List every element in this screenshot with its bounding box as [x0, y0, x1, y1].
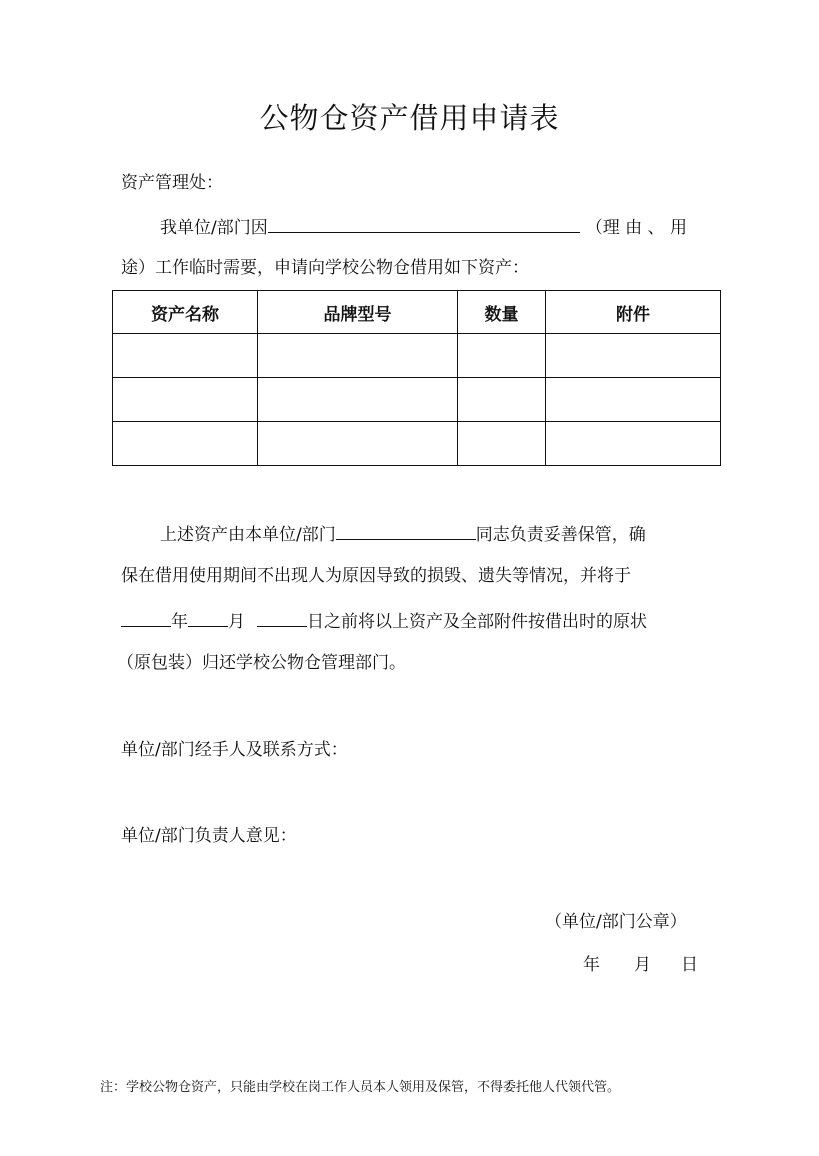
table-row [113, 378, 721, 422]
guarantee-line: 保在借用使用期间不出现人为原因导致的损毁、遗失等情况，并将于 [121, 565, 631, 587]
header-accessories: 附件 [546, 291, 721, 334]
cell-brand-model[interactable] [258, 422, 458, 466]
custodian-prefix: 上述资产由本单位/部门 [160, 525, 336, 545]
return-suffix: 日之前将以上资产及全部附件按借出时的原状 [307, 612, 647, 632]
return-dept-line: （原包装）归还学校公物仓管理部门。 [117, 652, 406, 674]
signature-date: 年月日 [583, 954, 698, 976]
custodian-suffix: 同志负责妥善保管，确 [476, 525, 646, 545]
cell-brand-model[interactable] [258, 334, 458, 378]
cell-accessories[interactable] [546, 378, 721, 422]
cell-quantity[interactable] [458, 378, 546, 422]
reason-line: 我单位/部门因（理 由 、 用 [160, 214, 687, 239]
footnote: 注：学校公物仓资产，只能由学校在岗工作人员本人领用及保管，不得委托他人代领代管。 [100, 1076, 620, 1095]
head-opinion-label: 单位/部门负责人意见： [121, 825, 297, 847]
addressee: 资产管理处： [121, 172, 223, 194]
return-day-blank[interactable] [257, 608, 307, 627]
table-row [113, 422, 721, 466]
return-year-label: 年 [171, 612, 188, 632]
purpose-line: 途）工作临时需要，申请向学校公物仓借用如下资产： [121, 257, 529, 279]
return-month-blank[interactable] [188, 608, 228, 627]
return-month-label: 月 [228, 612, 245, 632]
cell-asset-name[interactable] [113, 334, 258, 378]
cell-quantity[interactable] [458, 334, 546, 378]
date-year: 年 [583, 955, 600, 975]
table-row [113, 334, 721, 378]
department-seal: （单位/部门公章） [545, 911, 687, 933]
reason-suffix: （理 由 、 用 [586, 218, 687, 238]
cell-accessories[interactable] [546, 422, 721, 466]
date-day: 日 [681, 955, 698, 975]
reason-blank[interactable] [268, 214, 580, 233]
return-date-line: 年月日之前将以上资产及全部附件按借出时的原状 [121, 608, 647, 633]
date-month: 月 [634, 955, 651, 975]
cell-accessories[interactable] [546, 334, 721, 378]
header-brand-model: 品牌型号 [258, 291, 458, 334]
return-year-blank[interactable] [121, 608, 171, 627]
document-title: 公物仓资产借用申请表 [0, 96, 819, 137]
cell-asset-name[interactable] [113, 422, 258, 466]
header-asset-name: 资产名称 [113, 291, 258, 334]
handler-label: 单位/部门经手人及联系方式： [121, 739, 348, 761]
header-quantity: 数量 [458, 291, 546, 334]
cell-quantity[interactable] [458, 422, 546, 466]
reason-prefix: 我单位/部门因 [160, 218, 268, 238]
asset-table: 资产名称 品牌型号 数量 附件 [112, 290, 721, 466]
cell-asset-name[interactable] [113, 378, 258, 422]
custodian-line: 上述资产由本单位/部门同志负责妥善保管，确 [160, 521, 646, 546]
cell-brand-model[interactable] [258, 378, 458, 422]
custodian-blank[interactable] [336, 521, 476, 540]
table-header-row: 资产名称 品牌型号 数量 附件 [113, 291, 721, 334]
